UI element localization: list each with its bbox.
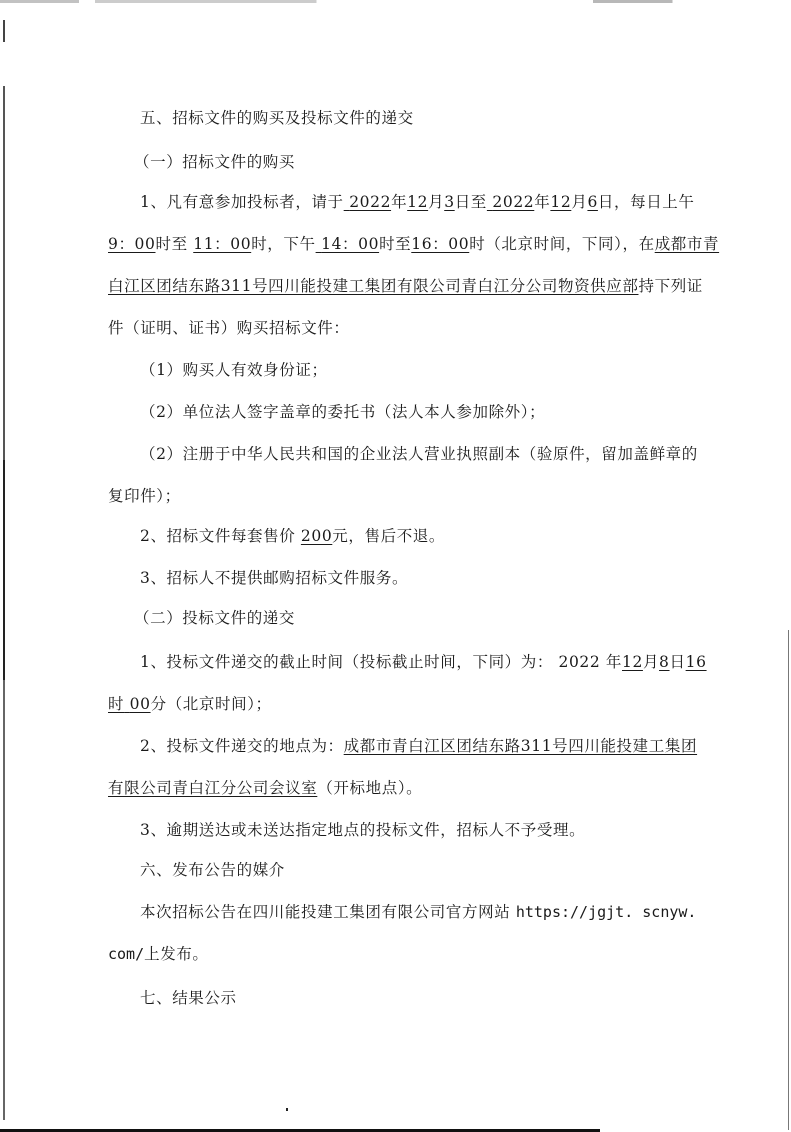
subsection-1-heading: （一）招标文件的购买 bbox=[134, 152, 295, 172]
purchase-item-2: 2、招标文件每套售价 200元，售后不退。 bbox=[140, 526, 445, 546]
pm-end-time: 16：00 bbox=[411, 235, 469, 253]
section-6-text-line-2: com/上发布。 bbox=[108, 944, 209, 964]
scan-edge-top bbox=[0, 0, 791, 3]
submission-item-1-line-1: 1、投标文件递交的截止时间（投标截止时间，下同）为： 2022 年12月8日16 bbox=[140, 652, 707, 672]
submission-item-2-line-2: 有限公司青白江分公司会议室（开标地点）。 bbox=[108, 778, 422, 798]
submission-item-3: 3、逾期送达或未送达指定地点的投标文件，招标人不予受理。 bbox=[140, 820, 585, 840]
purchase-item-3: 3、招标人不提供邮购招标文件服务。 bbox=[140, 568, 408, 588]
submission-item-2-line-1: 2、投标文件递交的地点为：成都市青白江区团结东路311号四川能投建工集团 bbox=[140, 736, 697, 756]
purchase-item-1-line-2: 9：00时至 11：00时，下午 14：00时至16：00时（北京时间，下同），… bbox=[108, 234, 719, 254]
deadline-year: 2022 bbox=[559, 653, 601, 671]
scan-edge-left bbox=[3, 20, 5, 1120]
official-website-url-cont: com/ bbox=[108, 945, 144, 963]
purchase-item-1-line-4: 件（证明、证书）购买招标文件： bbox=[108, 318, 350, 338]
document-price: 200 bbox=[301, 527, 332, 545]
purchase-start-day: 3 bbox=[444, 193, 454, 211]
requirement-2: （2）单位法人签字盖章的委托书（法人本人参加除外）； bbox=[140, 402, 545, 422]
purchase-location-part-2: 白江区团结东路311号四川能投建工集团有限公司青白江分公司物资供应部 bbox=[108, 277, 639, 295]
deadline-hour: 16 bbox=[686, 653, 707, 671]
submission-item-1-line-2: 时 00分（北京时间）； bbox=[108, 694, 272, 714]
purchase-end-month: 12 bbox=[550, 193, 571, 211]
section-5-heading: 五、招标文件的购买及投标文件的递交 bbox=[140, 108, 414, 128]
section-7-heading: 七、结果公示 bbox=[140, 988, 237, 1008]
deadline-month: 12 bbox=[622, 653, 643, 671]
deadline-minute: 00 bbox=[130, 695, 151, 713]
scan-speck bbox=[286, 1108, 288, 1111]
submission-location-part-2: 有限公司青白江分公司会议室 bbox=[108, 779, 317, 797]
purchase-start-year: 2022 bbox=[349, 193, 391, 211]
requirement-3-continued: 复印件）； bbox=[108, 486, 181, 506]
section-6-text-line-1: 本次招标公告在四川能投建工集团有限公司官方网站 https://jgjt. sc… bbox=[140, 902, 696, 922]
subsection-2-heading: （二）投标文件的递交 bbox=[134, 608, 295, 628]
pm-start-time: 14：00 bbox=[321, 235, 379, 253]
am-end-time: 11：00 bbox=[193, 235, 251, 253]
purchase-location-part-1: 成都市青 bbox=[655, 235, 719, 253]
requirement-3: （2）注册于中华人民共和国的企业法人营业执照副本（验原件，留加盖鲜章的 bbox=[140, 444, 698, 464]
section-6-heading: 六、发布公告的媒介 bbox=[140, 860, 285, 880]
am-start-time: 9：00 bbox=[108, 235, 156, 253]
purchase-end-year: 2022 bbox=[492, 193, 534, 211]
submission-location-part-1: 成都市青白江区团结东路311号四川能投建工集团 bbox=[344, 737, 697, 755]
purchase-start-month: 12 bbox=[407, 193, 428, 211]
deadline-day: 8 bbox=[659, 653, 669, 671]
requirement-1: （1）购买人有效身份证； bbox=[140, 360, 328, 380]
purchase-end-day: 6 bbox=[587, 193, 597, 211]
purchase-item-1-line-3: 白江区团结东路311号四川能投建工集团有限公司青白江分公司物资供应部持下列证 bbox=[108, 276, 703, 296]
official-website-url: https://jgjt. scnyw. bbox=[516, 903, 697, 921]
purchase-item-1-line-1: 1、凡有意参加投标者，请于 2022年12月3日至 2022年12月6日，每日上… bbox=[140, 192, 695, 212]
scan-edge-right bbox=[788, 630, 789, 1130]
